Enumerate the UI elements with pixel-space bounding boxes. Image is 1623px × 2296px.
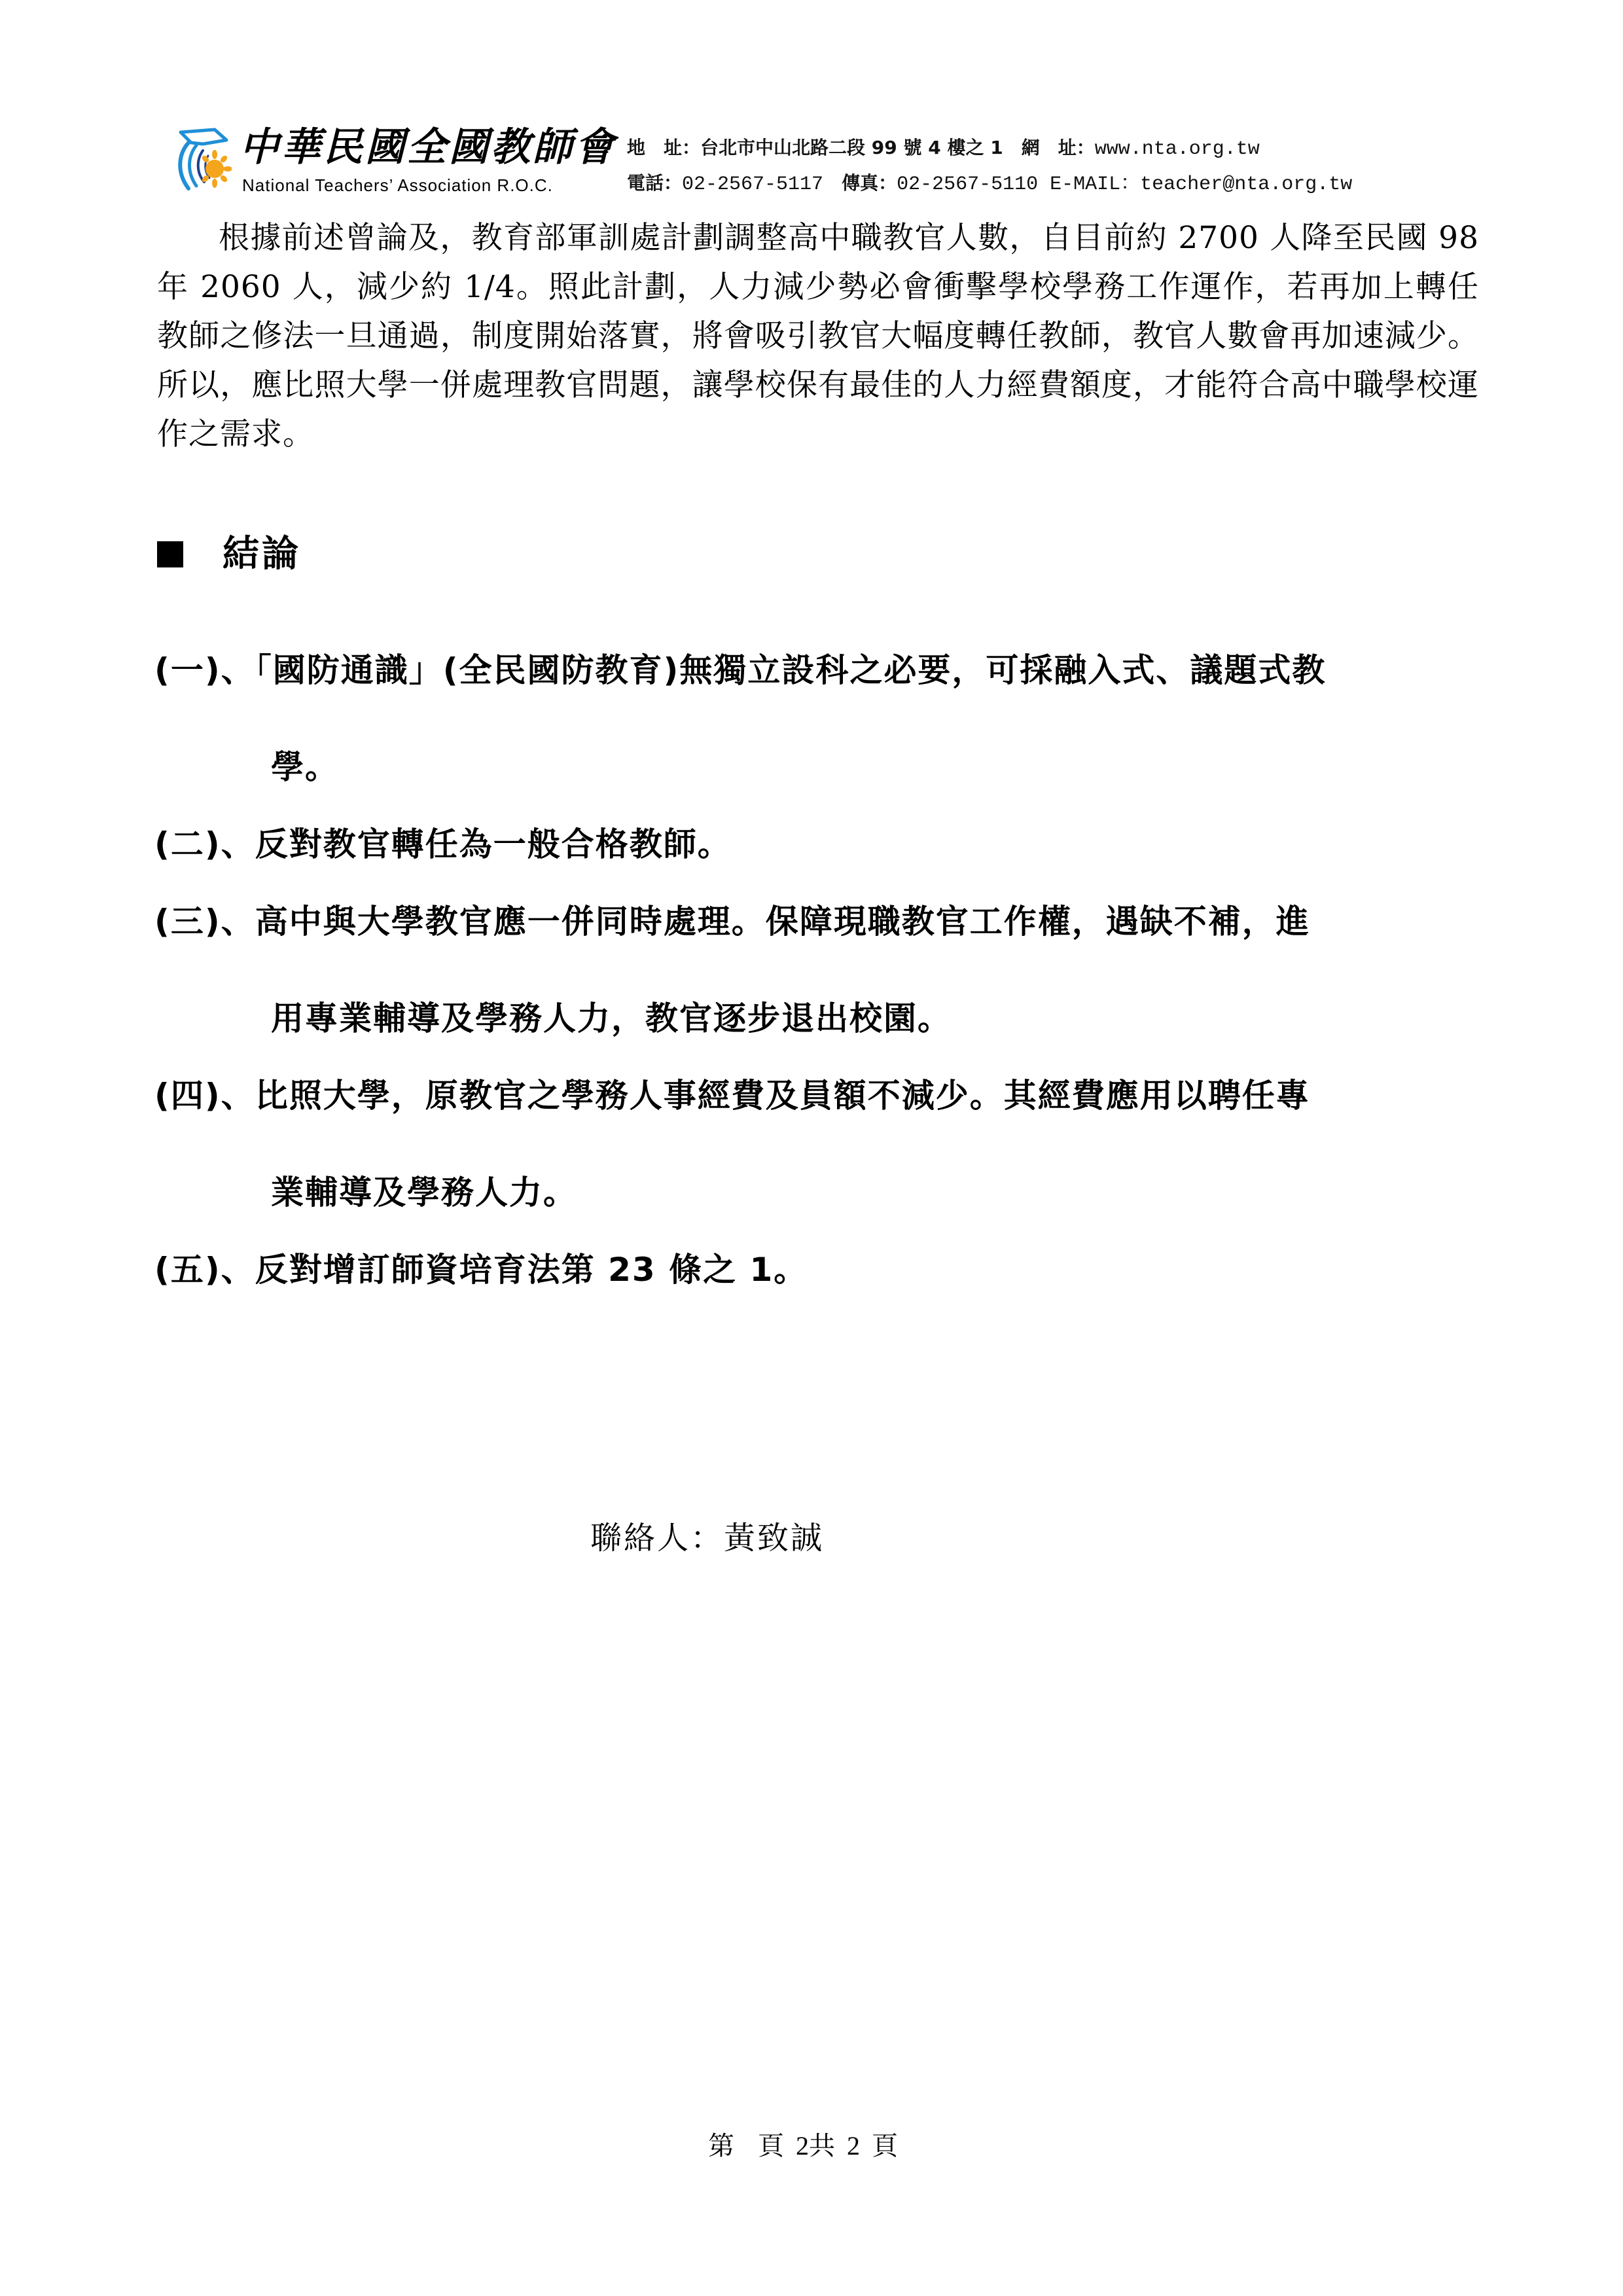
footer-page-label: 頁 (758, 2130, 784, 2162)
logo-subtitle: National Teachers’ Association R.O.C. (242, 175, 553, 195)
section-title: 結論 (223, 531, 301, 577)
conclusion-list: (一)、「國防通識」(全民國防教育)無獨立設科之必要，可採融入式、議題式教 學。… (154, 622, 1489, 1318)
footer-prefix: 第 (708, 2130, 734, 2162)
phone-label: 電話： (627, 172, 682, 194)
contact-row-address: 地 址：台北市中山北路二段 99 號 4 樓之 1網 址：www.nta.org… (627, 131, 1352, 166)
current-page-number: 2 (796, 2130, 809, 2162)
contact-person-label: 聯絡人： (590, 1520, 724, 1556)
fax-value: 02-2567-5110 (897, 173, 1038, 196)
item-text: (三)、高中與大學教官應一併同時處理。保障現職教官工作權，遇缺不補，進 (154, 873, 1489, 970)
conclusion-item-3: (三)、高中與大學教官應一併同時處理。保障現職教官工作權，遇缺不補，進 用專業輔… (154, 873, 1489, 1067)
conclusion-item-1: (一)、「國防通識」(全民國防教育)無獨立設科之必要，可採融入式、議題式教 學。 (154, 622, 1489, 816)
total-pages-number: 2 (847, 2130, 860, 2162)
conclusion-heading: 結論 (157, 531, 301, 577)
letterhead: 中華民國全國教師會 National Teachers’ Association… (169, 123, 1478, 202)
square-bullet-icon (157, 541, 183, 567)
contact-person-name: 黃致誠 (724, 1520, 824, 1556)
nta-logo-icon (169, 126, 232, 194)
logo-title: 中華民國全國教師會 (240, 124, 616, 170)
contact-row-phone: 電話：02-2567-5117傳真：02-2567-5110 E-MAIL：te… (627, 166, 1352, 202)
conclusion-item-4: (四)、比照大學，原教官之學務人事經費及員額不減少。其經費應用以聘任專 業輔導及… (154, 1047, 1489, 1241)
phone-value: 02-2567-5117 (682, 173, 823, 196)
intro-paragraph: 根據前述曾論及，教育部軍訓處計劃調整高中職教官人數，自目前約 2700 人降至民… (157, 213, 1479, 459)
organization-logo: 中華民國全國教師會 National Teachers’ Association… (169, 123, 562, 200)
email-label: E-MAIL： (1050, 173, 1140, 196)
website-label: 網 址： (1022, 137, 1095, 158)
item-text: (四)、比照大學，原教官之學務人事經費及員額不減少。其經費應用以聘任專 (154, 1047, 1489, 1144)
document-page: 中華民國全國教師會 National Teachers’ Association… (0, 0, 1623, 2296)
footer-suffix: 頁 (872, 2130, 898, 2162)
fax-label: 傳真： (842, 172, 897, 194)
address-label: 地 址： (627, 137, 700, 158)
website-link[interactable]: www.nta.org.tw (1095, 138, 1260, 160)
address-value: 台北市中山北路二段 99 號 4 樓之 1 (700, 137, 1003, 158)
footer-total-prefix: 共 (809, 2130, 835, 2162)
item-text: (五)、反對增訂師資培育法第 23 條之 1。 (154, 1221, 1489, 1318)
item-text: (一)、「國防通識」(全民國防教育)無獨立設科之必要，可採融入式、議題式教 (154, 622, 1489, 719)
email-link[interactable]: teacher@nta.org.tw (1140, 173, 1352, 196)
page-footer: 第頁2共2頁 (708, 2130, 898, 2162)
contact-person: 聯絡人：黃致誠 (590, 1518, 824, 1558)
contact-info: 地 址：台北市中山北路二段 99 號 4 樓之 1網 址：www.nta.org… (627, 131, 1352, 202)
conclusion-item-5: (五)、反對增訂師資培育法第 23 條之 1。 (154, 1221, 1489, 1318)
